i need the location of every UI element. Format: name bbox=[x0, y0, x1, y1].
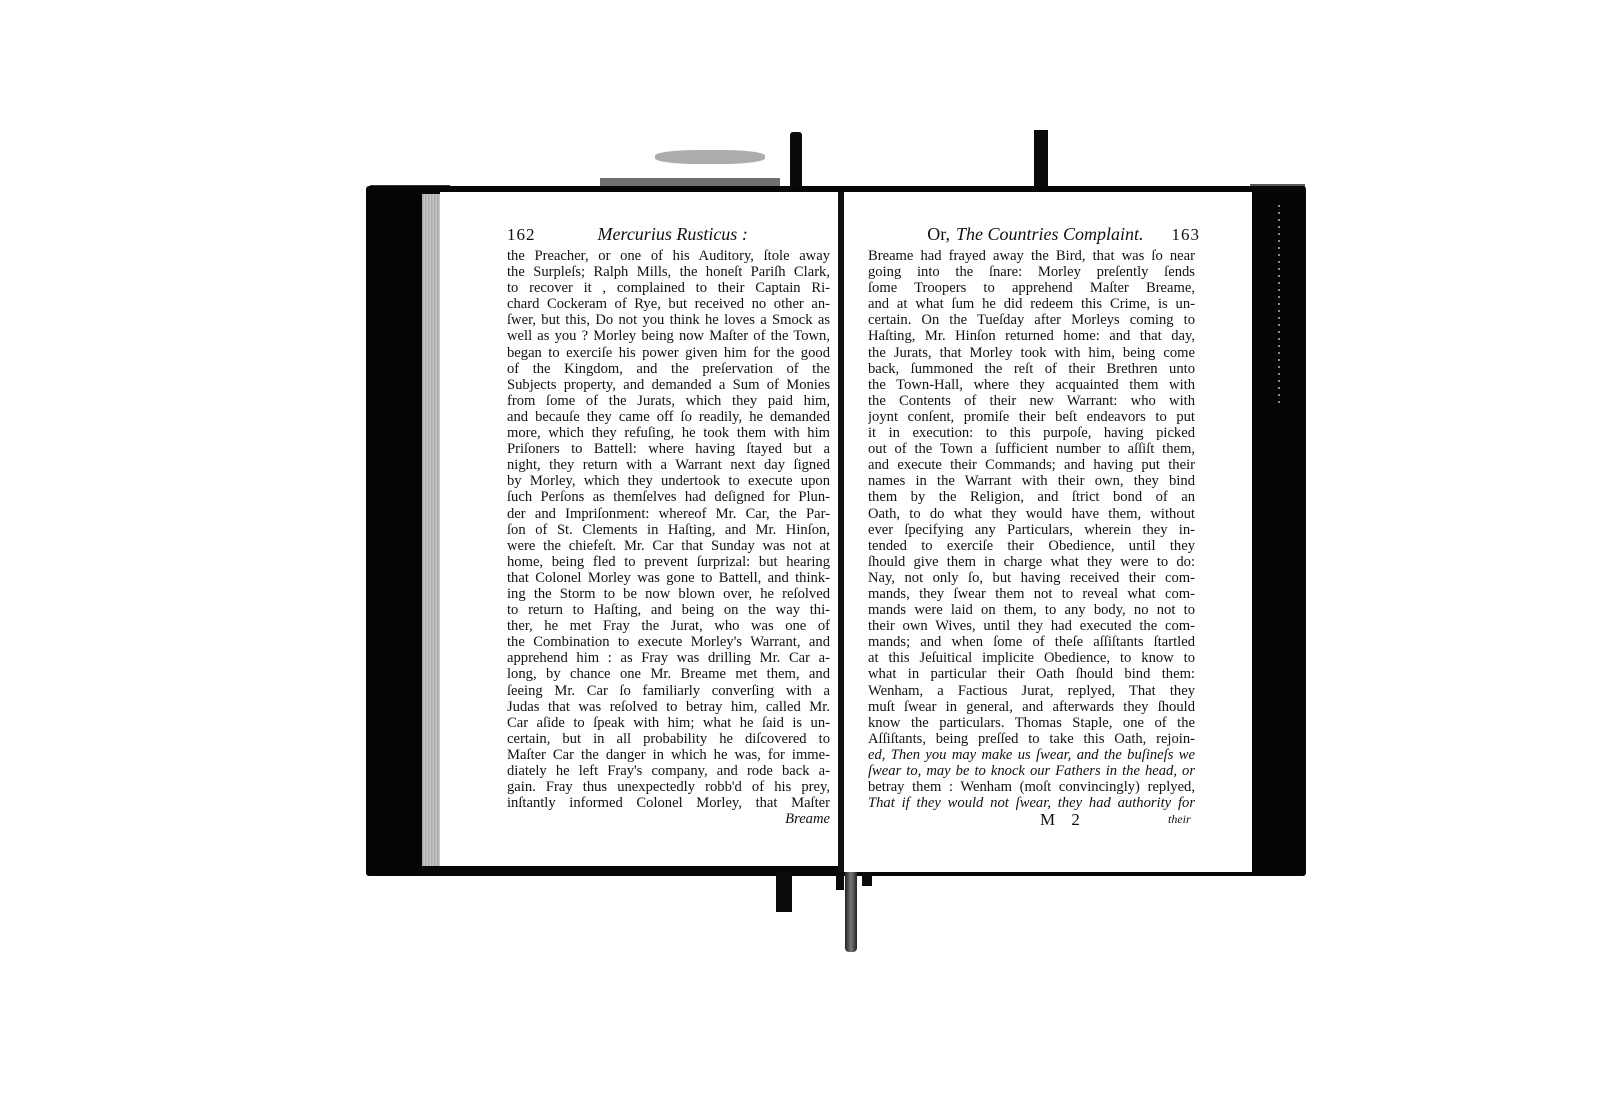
text-line: that Colonel Morley was gone to Battell,… bbox=[507, 570, 830, 586]
text-line: inſtantly informed Colonel Morley, that … bbox=[507, 795, 830, 811]
left-page-text: the Preacher, or one of his Auditory, ſt… bbox=[507, 248, 830, 827]
text-line: them by the Religion, and ſtrict bond of… bbox=[868, 489, 1195, 505]
text-line: Priſoners to Battell: where having ſtaye… bbox=[507, 441, 830, 457]
text-line: ſwer, but this, Do not you think he love… bbox=[507, 312, 830, 328]
text-line: mands, they ſwear them not to reveal wha… bbox=[868, 586, 1195, 602]
scan-smudge-top-fleck bbox=[655, 150, 765, 164]
binding-tab-top-left bbox=[790, 132, 802, 190]
text-line: it in execution: to this purpoſe, having… bbox=[868, 425, 1195, 441]
text-line: gain. Fray thus unexpectedly robb'd of h… bbox=[507, 779, 830, 795]
text-line: Subjects property, and demanded a Sum of… bbox=[507, 377, 830, 393]
text-line: began to exerciſe his power given him fo… bbox=[507, 345, 830, 361]
text-line: at this Jeſuitical implicite Obedience, … bbox=[868, 650, 1195, 666]
text-line: the Preacher, or one of his Auditory, ſt… bbox=[507, 248, 830, 264]
left-page-number: 162 bbox=[507, 225, 536, 245]
book-cover-right-edge bbox=[1250, 192, 1304, 874]
text-line: Aſſiſtants, being preſſed to take this O… bbox=[868, 731, 1195, 747]
text-line: ſwear to, may be to knock our Fathers in… bbox=[868, 763, 1195, 779]
text-line: joynt conſent, promiſe their beſt endeav… bbox=[868, 409, 1195, 425]
text-line: more, which they refuſing, he took them … bbox=[507, 425, 830, 441]
text-line: Car aſide to ſpeak with him; what he ſai… bbox=[507, 715, 830, 731]
text-line: the Surpleſs; Ralph Mills, the honeſt Pa… bbox=[507, 264, 830, 280]
text-line: night, they return with a Warrant next d… bbox=[507, 457, 830, 473]
text-line: to recover it , complained to their Capt… bbox=[507, 280, 830, 296]
text-line: Nay, not only ſo, but having received th… bbox=[868, 570, 1195, 586]
text-line: ſuch Perſons as themſelves had deſigned … bbox=[507, 489, 830, 505]
text-line: Wenham, a Factious Jurat, replyed, That … bbox=[868, 683, 1195, 699]
binding-tab-top-right bbox=[1034, 130, 1048, 190]
text-line: mands were laid on them, to any body, no… bbox=[868, 602, 1195, 618]
text-line: and execute their Commands; and having p… bbox=[868, 457, 1195, 473]
text-line: Maſter Car the danger in which he was, f… bbox=[507, 747, 830, 763]
text-line: ther, he met Fray the Jurat, who was one… bbox=[507, 618, 830, 634]
right-page-number: 163 bbox=[1172, 225, 1201, 245]
text-line: long, by chance one Mr. Breame met them,… bbox=[507, 666, 830, 682]
cover-texture bbox=[1278, 205, 1280, 405]
text-line: That if they would not ſwear, they had a… bbox=[868, 795, 1195, 811]
left-catchword: Breame bbox=[507, 811, 830, 827]
text-line: ſon of St. Clements in Haſting, and Mr. … bbox=[507, 522, 830, 538]
text-line: Judas that was reſolved to betray him, c… bbox=[507, 699, 830, 715]
text-line: apprehend him : as Fray was drilling Mr.… bbox=[507, 650, 830, 666]
left-page-header: 162 Mercurius Rusticus : bbox=[507, 224, 837, 245]
book-gutter bbox=[838, 192, 843, 882]
text-line: from ſome of the Jurats, which they paid… bbox=[507, 393, 830, 409]
binding-tab-bottom-left bbox=[776, 872, 792, 912]
right-page-text: Breame had frayed away the Bird, that wa… bbox=[868, 248, 1195, 811]
right-catchword: their bbox=[1168, 812, 1191, 827]
text-line: certain. On the Tueſday after Morleys co… bbox=[868, 312, 1195, 328]
right-running-head: The Countries Complaint. bbox=[956, 224, 1144, 244]
text-line: the Jurats, that Morley took with him, b… bbox=[868, 345, 1195, 361]
text-line: the Town-Hall, where they acquainted the… bbox=[868, 377, 1195, 393]
text-line: well as you ? Morley being now Maſter of… bbox=[507, 328, 830, 344]
text-line: ever ſpecifying any Particulars, wherein… bbox=[868, 522, 1195, 538]
text-line: mands; and when ſome of theſe aſſiſtants… bbox=[868, 634, 1195, 650]
right-page-header: Or,The Countries Complaint. 163 bbox=[920, 224, 1200, 245]
text-line: know the particulars. Thomas Staple, one… bbox=[868, 715, 1195, 731]
text-line: by Morley, which they undertook to execu… bbox=[507, 473, 830, 489]
text-line: and becauſe they came off ſo readily, he… bbox=[507, 409, 830, 425]
text-line: ſeeing Mr. Car ſo familiarly converſing … bbox=[507, 683, 830, 699]
text-line: the Contents of their new Warrant: who w… bbox=[868, 393, 1195, 409]
text-line: to return to Haſting, and being on the w… bbox=[507, 602, 830, 618]
text-line: back, ſummoned the reſt of their Brethre… bbox=[868, 361, 1195, 377]
bookmark-ribbon bbox=[845, 872, 857, 952]
text-line: were the chiefeſt. Mr. Car that Sunday w… bbox=[507, 538, 830, 554]
text-line: muſt ſwear in general, and afterwards th… bbox=[868, 699, 1195, 715]
text-line: names in the Warrant with their own, the… bbox=[868, 473, 1195, 489]
text-line: Breame had frayed away the Bird, that wa… bbox=[868, 248, 1195, 264]
text-line: what in particular their Oath ſhould bin… bbox=[868, 666, 1195, 682]
left-running-head: Mercurius Rusticus : bbox=[598, 224, 748, 245]
binding-tab-bottom-mid bbox=[836, 872, 844, 890]
text-line: going into the ſnare: Morley preſently ſ… bbox=[868, 264, 1195, 280]
text-line: the Combination to execute Morley's Warr… bbox=[507, 634, 830, 650]
signature-mark: M 2 bbox=[1040, 810, 1086, 830]
text-line: tended to exerciſe their Obedience, unti… bbox=[868, 538, 1195, 554]
text-line: of the Kingdom, and the preſervation of … bbox=[507, 361, 830, 377]
text-line: ing the Storm to be now blown over, he r… bbox=[507, 586, 830, 602]
text-line: der and Impriſonment: whereof Mr. Car, t… bbox=[507, 506, 830, 522]
text-line: betray them : Wenham (moſt convincingly)… bbox=[868, 779, 1195, 795]
page-stack-left bbox=[422, 194, 442, 866]
text-line: home, being fled to prevent ſurprizal: b… bbox=[507, 554, 830, 570]
binding-tab-bottom-right bbox=[862, 872, 872, 886]
text-line: ſome Troopers to apprehend Maſter Breame… bbox=[868, 280, 1195, 296]
text-line: out of the Town a ſufficient number to a… bbox=[868, 441, 1195, 457]
text-line: their own Wives, until they had executed… bbox=[868, 618, 1195, 634]
text-line: ſhould give them in charge what they wer… bbox=[868, 554, 1195, 570]
text-line: and at what ſum he did redeem this Crime… bbox=[868, 296, 1195, 312]
text-line: certain, but in all probability he diſco… bbox=[507, 731, 830, 747]
text-line: Haſting, Mr. Hinſon returned home: and t… bbox=[868, 328, 1195, 344]
right-running-head-prefix: Or, bbox=[927, 224, 950, 244]
text-line: Oath, to do what they would have them, w… bbox=[868, 506, 1195, 522]
book-cover-left-edge bbox=[366, 190, 422, 874]
text-line: diately he left Fray's company, and rode… bbox=[507, 763, 830, 779]
text-line: ed, Then you may make us ſwear, and the … bbox=[868, 747, 1195, 763]
text-line: chard Cockeram of Rye, but received no o… bbox=[507, 296, 830, 312]
